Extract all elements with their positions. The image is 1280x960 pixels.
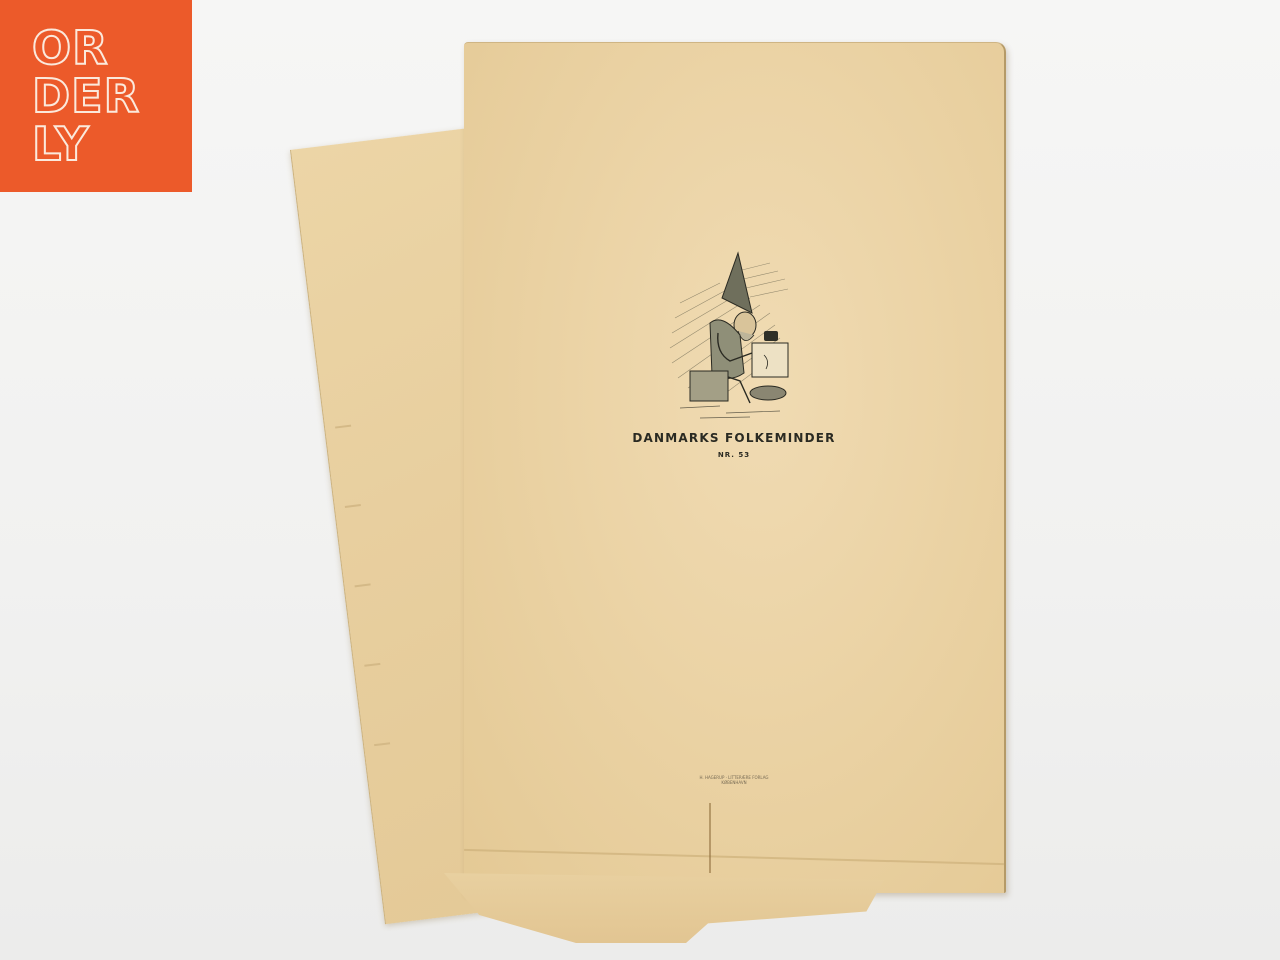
torn-edge-mark [374,742,390,746]
torn-edge-mark [345,504,361,508]
publisher-imprint: H. HAGERUP · LITTERÆRE FORLAG KØBENHAVN [464,775,1004,785]
volume-number: NR. 53 [464,451,1004,459]
logo-line-1: OR [32,24,192,72]
orderly-logo-badge: OR DER LY [0,0,192,192]
torn-edge-mark [355,583,371,587]
logo-line-3: LY [32,120,192,168]
paper-fold-line [464,849,1004,865]
gnome-illustration-icon [660,243,800,423]
torn-bottom-edge [444,873,884,943]
paper-crease [709,803,711,873]
torn-edge-mark [335,425,351,429]
front-booklet-cover: DANMARKS FOLKEMINDER NR. 53 H. HAGERUP ·… [464,42,1006,893]
product-photo: OR DER LY [0,0,1280,960]
torn-edge-mark [364,663,380,667]
publisher-imprint-line-2: KØBENHAVN [464,780,1004,785]
cover-title: DANMARKS FOLKEMINDER [464,431,1004,445]
logo-line-2: DER [32,72,192,120]
